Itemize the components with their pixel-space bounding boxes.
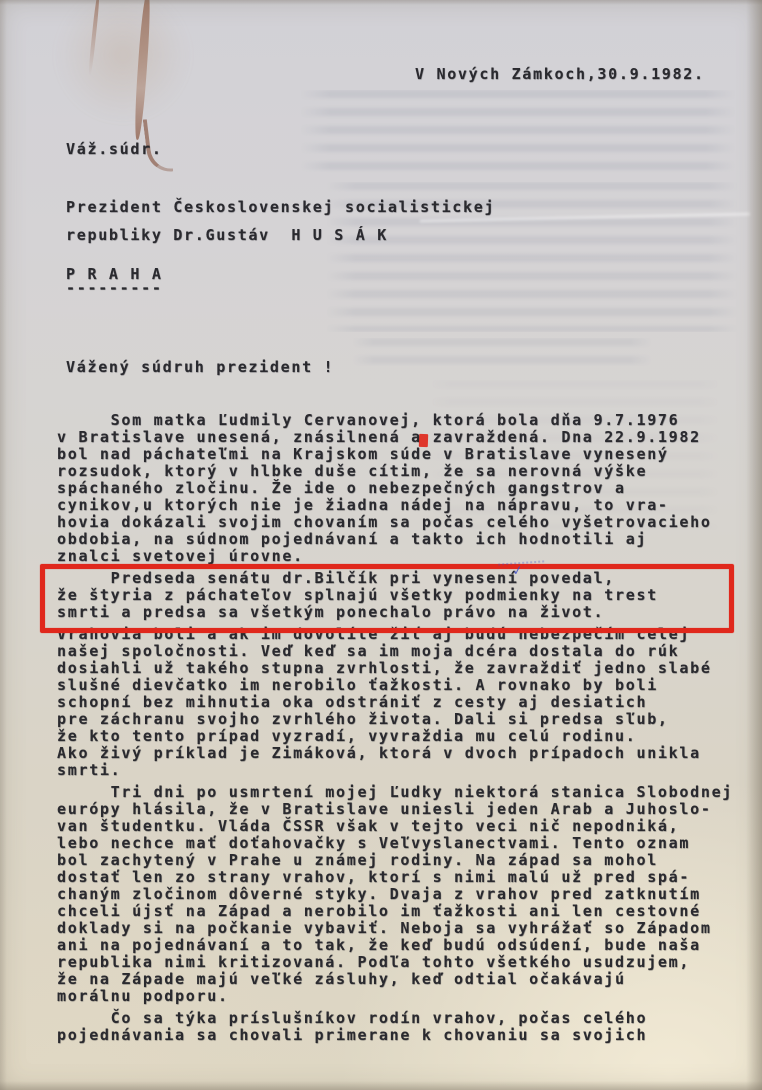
paragraph-continuation: Vrahovia boli a ak im dovolíte žiť aj bu… [57, 626, 733, 779]
scanned-letter-page: V Nových Zámkoch,30.9.1982. Váž.súdr. Pr… [0, 0, 762, 1090]
bleedthrough-text-block [300, 90, 736, 176]
recipient-city-underline: --------- [66, 280, 163, 297]
paragraph-highlighted-sentence: Predseda senátu dr.Bilčík pri vynesení p… [57, 570, 733, 621]
date-line: V Nových Zámkoch,30.9.1982. [415, 66, 705, 83]
rust-streak-main [133, 0, 152, 140]
addressee-label: Váž.súdr. [66, 141, 163, 158]
paper-edge-right [746, 0, 762, 1090]
paper-edge-left [0, 0, 7, 1090]
bleedthrough-text-block [352, 338, 652, 366]
paragraph-intro: Som matka Ľudmily Cervanovej, ktorá bola… [57, 412, 733, 565]
rust-streak-thin [88, 0, 101, 76]
recipient-line-1: Prezident Československej socialistickej [66, 199, 495, 216]
paper-edge-bottom [0, 1081, 762, 1090]
stain-wash [58, 0, 188, 120]
paper-edge-top [0, 0, 762, 5]
letter-body: Som matka Ľudmily Cervanovej, ktorá bola… [57, 412, 733, 1049]
recipient-line-2: republiky Dr.Gustáv H U S Á K [66, 227, 388, 244]
paragraph-families: Čo sa týka príslušníkov rodín vrahov, po… [57, 1010, 733, 1044]
salutation: Vážený súdruh prezident ! [66, 359, 334, 376]
paragraph-radio-report: Tri dni po usmrtení mojej Ľudky niektorá… [57, 784, 733, 1005]
